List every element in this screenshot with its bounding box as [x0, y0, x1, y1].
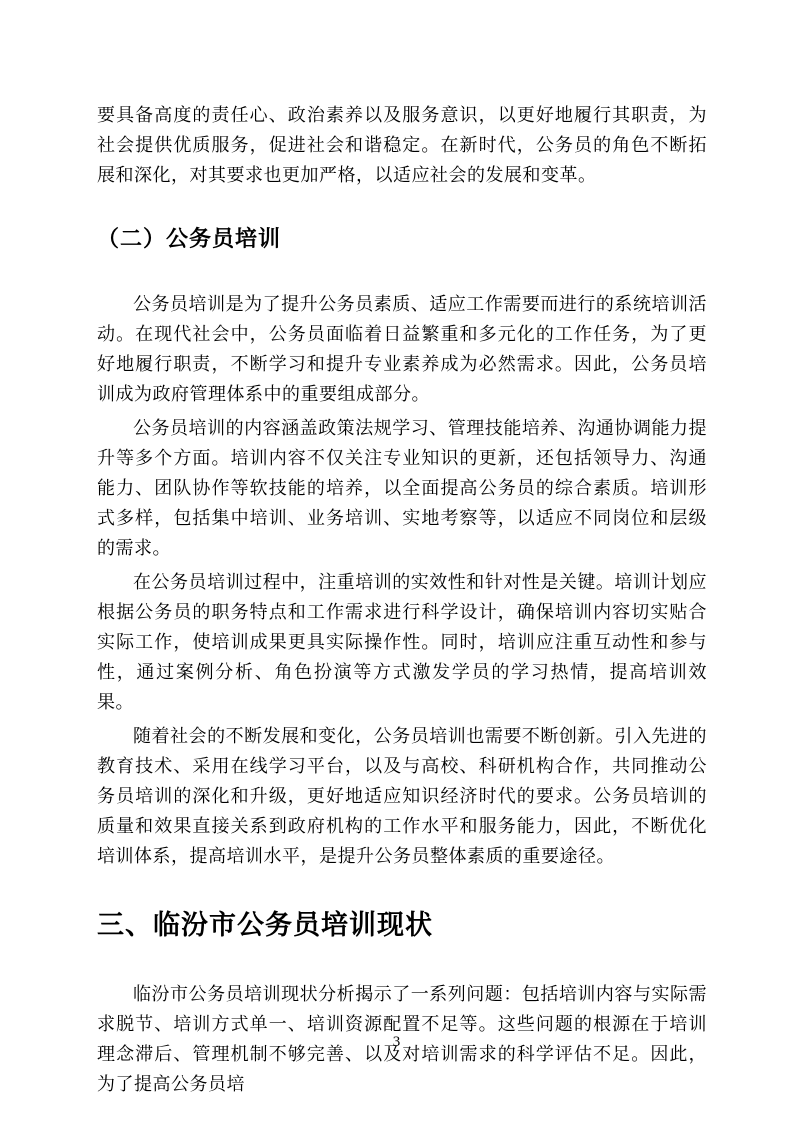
paragraph: 公务员培训是为了提升公务员素质、适应工作需要而进行的系统培训活动。在现代社会中，…: [97, 289, 707, 409]
continued-paragraph: 要具备高度的责任心、政治素养以及服务意识，以更好地履行其职责，为社会提供优质服务…: [97, 100, 707, 190]
paragraph: 随着社会的不断发展和变化，公务员培训也需要不断创新。引入先进的教育技术、采用在线…: [97, 721, 707, 871]
paragraph: 公务员培训的内容涵盖政策法规学习、管理技能培养、沟通协调能力提升等多个方面。培训…: [97, 413, 707, 563]
chapter-heading-linfen-training-status: 三、临汾市公务员培训现状: [97, 907, 707, 943]
page-number: 3: [0, 1034, 793, 1051]
subsection-heading-civil-servant-training: （二）公务员培训: [97, 224, 707, 254]
paragraph: 在公务员培训过程中，注重培训的实效性和针对性是关键。培训计划应根据公务员的职务特…: [97, 567, 707, 717]
document-page: 要具备高度的责任心、政治素养以及服务意识，以更好地履行其职责，为社会提供优质服务…: [0, 0, 793, 1122]
